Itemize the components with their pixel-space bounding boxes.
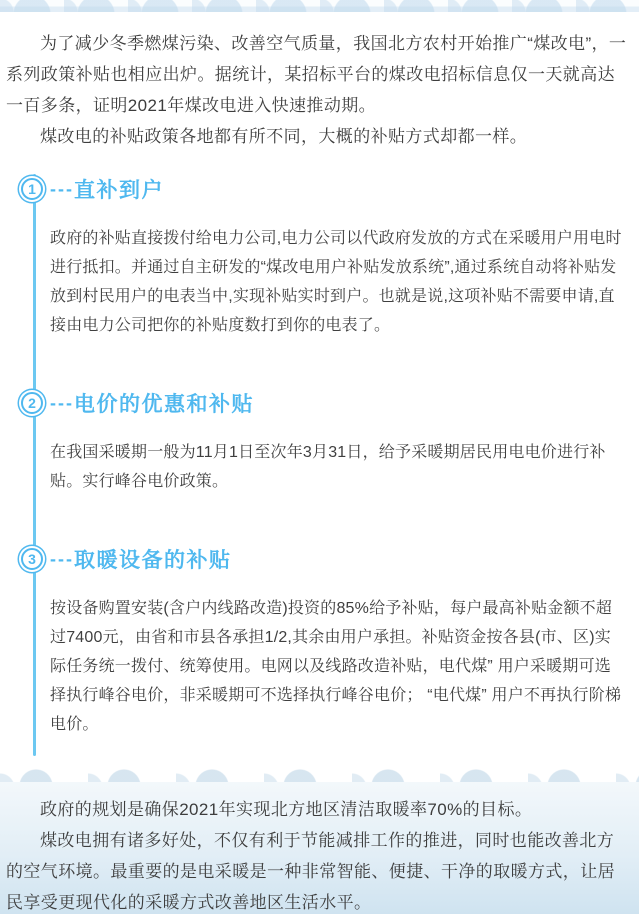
outro-paragraph-2: 煤改电拥有诸多好处，不仅有利于节能减排工作的推进，同时也能改善北方的空气环境。最… [6, 825, 631, 916]
section-header: 3 --- 取暖设备的补贴 [0, 542, 639, 576]
outro-block: 政府的规划是确保2021年实现北方地区清洁取暖率70%的目标。 煤改电拥有诸多好… [0, 782, 639, 914]
cloud-pattern-top [0, 0, 639, 12]
cloud-pattern-divider [0, 764, 639, 782]
section-body: 按设备购置安装(含户内线路改造)投资的85%给予补贴，每户最高补贴金额不超过74… [50, 594, 627, 739]
section-title: 取暖设备的补贴 [74, 544, 232, 574]
section-number-badge: 3 [21, 548, 43, 570]
section-header: 2 --- 电价的优惠和补贴 [0, 386, 639, 420]
section-title: 直补到户 [74, 174, 164, 204]
intro-paragraph-1: 为了减少冬季燃煤污染、改善空气质量，我国北方农村开始推广“煤改电”，一系列政策补… [6, 28, 631, 121]
section-price-discount: 2 --- 电价的优惠和补贴 在我国采暖期一般为11月1日至次年3月31日，给予… [0, 386, 639, 496]
intro-block: 为了减少冬季燃煤污染、改善空气质量，我国北方农村开始推广“煤改电”，一系列政策补… [0, 12, 639, 152]
dash-connector: --- [50, 550, 74, 568]
dash-connector: --- [50, 394, 74, 412]
section-equipment-subsidy: 3 --- 取暖设备的补贴 按设备购置安装(含户内线路改造)投资的85%给予补贴… [0, 542, 639, 739]
section-header: 1 --- 直补到户 [0, 172, 639, 206]
section-number-badge: 2 [21, 392, 43, 414]
section-body: 在我国采暖期一般为11月1日至次年3月31日，给予采暖期居民用电电价进行补贴。实… [50, 438, 627, 496]
sections-timeline: 1 --- 直补到户 政府的补贴直接拨付给电力公司,电力公司以代政府发放的方式在… [0, 172, 639, 760]
intro-paragraph-2: 煤改电的补贴政策各地都有所不同，大概的补贴方式却都一样。 [6, 121, 631, 152]
section-direct-subsidy: 1 --- 直补到户 政府的补贴直接拨付给电力公司,电力公司以代政府发放的方式在… [0, 172, 639, 340]
dash-connector: --- [50, 180, 74, 198]
section-body: 政府的补贴直接拨付给电力公司,电力公司以代政府发放的方式在采暖用户用电时进行抵扣… [50, 224, 627, 340]
outro-paragraph-1: 政府的规划是确保2021年实现北方地区清洁取暖率70%的目标。 [6, 794, 631, 825]
section-title: 电价的优惠和补贴 [74, 388, 254, 418]
section-number-badge: 1 [21, 178, 43, 200]
